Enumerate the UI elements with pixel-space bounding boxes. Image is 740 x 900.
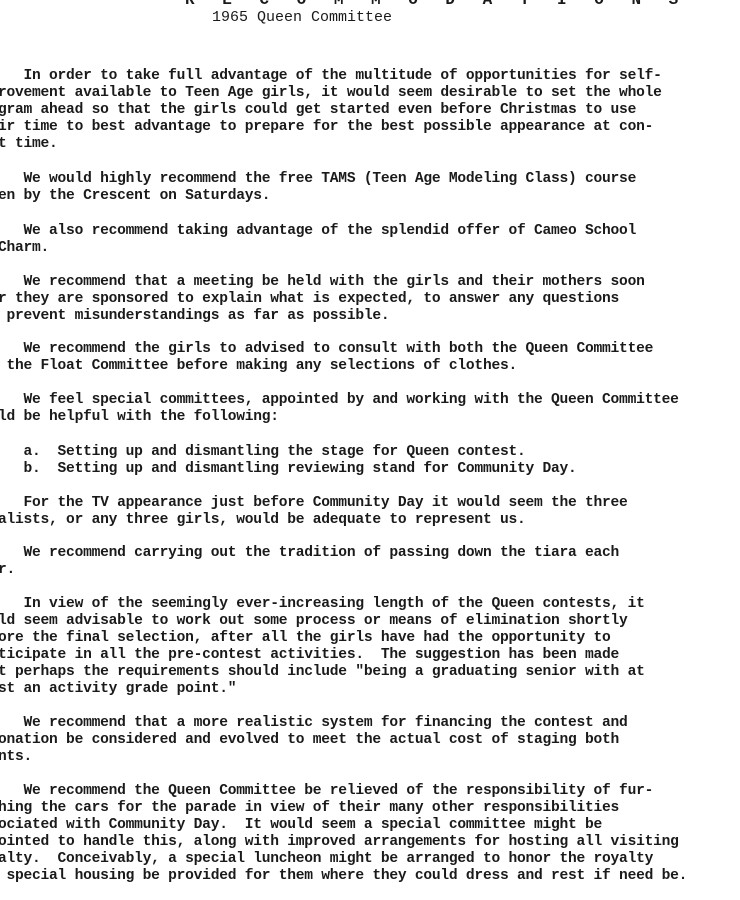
text-line: r they are sponsored to explain what is … bbox=[0, 291, 619, 308]
text-line: t perhaps the requirements should includ… bbox=[0, 664, 645, 681]
text-line: We feel special committees, appointed by… bbox=[0, 392, 679, 409]
text-line: onation be considered and evolved to mee… bbox=[0, 732, 619, 749]
text-line: ticipate in all the pre-contest activiti… bbox=[0, 647, 619, 664]
text-line: special housing be provided for them whe… bbox=[0, 868, 687, 885]
text-line: ociated with Community Day. It would see… bbox=[0, 817, 602, 834]
text-line: For the TV appearance just before Commun… bbox=[0, 495, 628, 512]
text-line: gram ahead so that the girls could get s… bbox=[0, 102, 636, 119]
text-line: b. Setting up and dismantling reviewing … bbox=[0, 461, 577, 478]
text-line: We recommend the Queen Committee be reli… bbox=[0, 783, 653, 800]
text-line: In view of the seemingly ever-increasing… bbox=[0, 596, 645, 613]
text-line: en by the Crescent on Saturdays. bbox=[0, 188, 270, 205]
document-subtitle: 1965 Queen Committee bbox=[212, 9, 392, 26]
text-line: ore the final selection, after all the g… bbox=[0, 630, 611, 647]
text-line: In order to take full advantage of the m… bbox=[0, 68, 662, 85]
text-line: alists, or any three girls, would be ade… bbox=[0, 512, 525, 529]
text-line: We would highly recommend the free TAMS … bbox=[0, 171, 636, 188]
text-line: We recommend that a more realistic syste… bbox=[0, 715, 628, 732]
text-line: ld seem advisable to work out some proce… bbox=[0, 613, 628, 630]
text-line: We also recommend taking advantage of th… bbox=[0, 223, 636, 240]
text-line: alty. Conceivably, a special luncheon mi… bbox=[0, 851, 653, 868]
text-line: We recommend that a meeting be held with… bbox=[0, 274, 645, 291]
document-title: R E C O M M O D A T I O N S bbox=[185, 0, 687, 9]
text-line: hing the cars for the parade in view of … bbox=[0, 800, 619, 817]
text-line: ointed to handle this, along with improv… bbox=[0, 834, 679, 851]
text-line: st an activity grade point." bbox=[0, 681, 236, 698]
text-line: t time. bbox=[0, 136, 58, 153]
document-page: R E C O M M O D A T I O N S 1965 Queen C… bbox=[0, 0, 740, 900]
text-line: prevent misunderstandings as far as poss… bbox=[0, 308, 389, 325]
text-line: rovement available to Teen Age girls, it… bbox=[0, 85, 662, 102]
text-line: Charm. bbox=[0, 240, 49, 257]
text-line: We recommend the girls to advised to con… bbox=[0, 341, 653, 358]
text-line: r. bbox=[0, 562, 15, 579]
text-line: nts. bbox=[0, 749, 32, 766]
text-line: We recommend carrying out the tradition … bbox=[0, 545, 619, 562]
text-line: a. Setting up and dismantling the stage … bbox=[0, 444, 525, 461]
text-line: the Float Committee before making any se… bbox=[0, 358, 517, 375]
text-line: ir time to best advantage to prepare for… bbox=[0, 119, 653, 136]
text-line: ld be helpful with the following: bbox=[0, 409, 279, 426]
